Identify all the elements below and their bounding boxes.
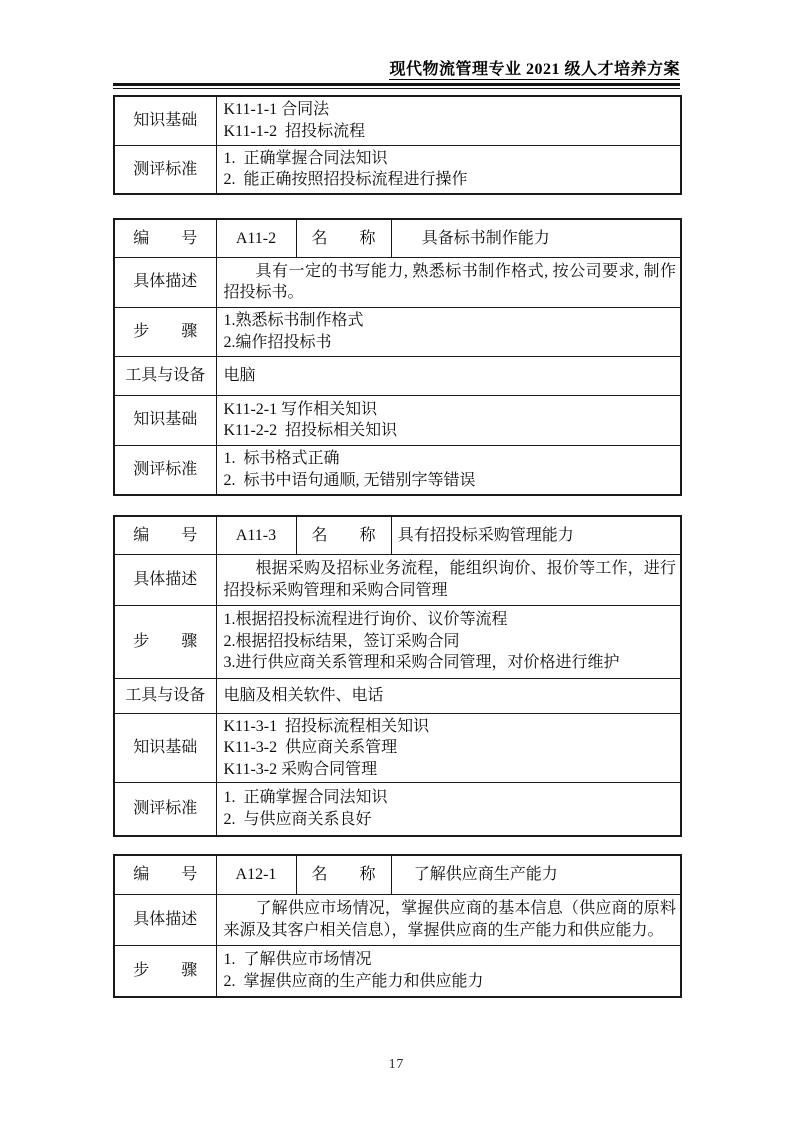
cell-tools: 电脑	[216, 356, 681, 395]
cell-knowledge-items: K11-3-1 招投标流程相关知识 K11-3-2 供应商关系管理 K11-3-…	[216, 713, 681, 783]
label-steps: 步 骤	[114, 307, 216, 356]
cell-steps: 1.熟悉标书制作格式 2.编作招投标书	[216, 307, 681, 356]
page-header-title: 现代物流管理专业 2021 级人才培养方案	[389, 56, 680, 79]
cell-name: 具有招投标采购管理能力	[391, 516, 681, 554]
label-description: 具体描述	[114, 894, 216, 945]
table-row: 知识基础 K11-2-1 写作相关知识 K11-2-2 招投标相关知识	[114, 395, 681, 445]
cell-name: 具备标书制作能力	[391, 219, 681, 257]
label-knowledge-base: 知识基础	[114, 395, 216, 445]
label-name: 名 称	[296, 516, 391, 554]
table-row: 测评标准 1. 正确掌握合同法知识 2. 能正确按照招投标流程进行操作	[114, 145, 681, 194]
label-number: 编 号	[114, 516, 216, 554]
label-description: 具体描述	[114, 257, 216, 307]
cell-description: 根据采购及招标业务流程，能组织询价、报价等工作，进行招投标采购管理和采购合同管理	[216, 554, 681, 605]
table-row: 工具与设备 电脑	[114, 356, 681, 395]
table-row: 编 号 A11-3 名 称 具有招投标采购管理能力	[114, 516, 681, 554]
table-a11-1-continued: 知识基础 K11-1-1 合同法 K11-1-2 招投标流程 测评标准 1. 正…	[113, 95, 682, 195]
label-number: 编 号	[114, 219, 216, 257]
table-row: 编 号 A11-2 名 称 具备标书制作能力	[114, 219, 681, 257]
cell-tools: 电脑及相关软件、电话	[216, 678, 681, 713]
table-row: 测评标准 1. 正确掌握合同法知识 2. 与供应商关系良好	[114, 783, 681, 836]
cell-criteria-items: 1. 正确掌握合同法知识 2. 能正确按照招投标流程进行操作	[216, 145, 681, 194]
table-row: 知识基础 K11-1-1 合同法 K11-1-2 招投标流程	[114, 96, 681, 145]
table-row: 编 号 A12-1 名 称 了解供应商生产能力	[114, 855, 681, 894]
table-row: 具体描述 根据采购及招标业务流程，能组织询价、报价等工作，进行招投标采购管理和采…	[114, 554, 681, 605]
table-a11-3: 编 号 A11-3 名 称 具有招投标采购管理能力 具体描述 根据采购及招标业务…	[113, 515, 682, 837]
label-name: 名 称	[296, 219, 391, 257]
table-a11-2: 编 号 A11-2 名 称 具备标书制作能力 具体描述 具有一定的书写能力, 熟…	[113, 218, 682, 496]
label-description: 具体描述	[114, 554, 216, 605]
label-steps: 步 骤	[114, 945, 216, 997]
label-name: 名 称	[296, 855, 391, 894]
cell-name: 了解供应商生产能力	[391, 855, 681, 894]
cell-description: 了解供应市场情况，掌握供应商的基本信息（供应商的原料来源及其客户相关信息），掌握…	[216, 894, 681, 945]
label-evaluation-criteria: 测评标准	[114, 445, 216, 495]
cell-criteria-items: 1. 标书格式正确 2. 标书中语句通顺, 无错别字等错误	[216, 445, 681, 495]
table-row: 具体描述 了解供应市场情况，掌握供应商的基本信息（供应商的原料来源及其客户相关信…	[114, 894, 681, 945]
cell-description: 具有一定的书写能力, 熟悉标书制作格式, 按公司要求, 制作招投标书。	[216, 257, 681, 307]
label-steps: 步 骤	[114, 605, 216, 678]
table-row: 步 骤 1. 了解供应市场情况 2. 掌握供应商的生产能力和供应能力	[114, 945, 681, 997]
header-rule	[113, 83, 680, 89]
table-row: 测评标准 1. 标书格式正确 2. 标书中语句通顺, 无错别字等错误	[114, 445, 681, 495]
cell-knowledge-items: K11-2-1 写作相关知识 K11-2-2 招投标相关知识	[216, 395, 681, 445]
page-number: 17	[0, 1056, 793, 1072]
label-knowledge-base: 知识基础	[114, 713, 216, 783]
cell-knowledge-items: K11-1-1 合同法 K11-1-2 招投标流程	[216, 96, 681, 145]
table-row: 步 骤 1.根据招投标流程进行询价、议价等流程 2.根据招投标结果，签订采购合同…	[114, 605, 681, 678]
table-row: 步 骤 1.熟悉标书制作格式 2.编作招投标书	[114, 307, 681, 356]
label-tools-equipment: 工具与设备	[114, 356, 216, 395]
table-a12-1: 编 号 A12-1 名 称 了解供应商生产能力 具体描述 了解供应市场情况，掌握…	[113, 854, 682, 998]
label-number: 编 号	[114, 855, 216, 894]
table-row: 知识基础 K11-3-1 招投标流程相关知识 K11-3-2 供应商关系管理 K…	[114, 713, 681, 783]
table-row: 工具与设备 电脑及相关软件、电话	[114, 678, 681, 713]
cell-code: A11-2	[216, 219, 296, 257]
label-knowledge-base: 知识基础	[114, 96, 216, 145]
label-evaluation-criteria: 测评标准	[114, 783, 216, 836]
cell-criteria-items: 1. 正确掌握合同法知识 2. 与供应商关系良好	[216, 783, 681, 836]
cell-code: A11-3	[216, 516, 296, 554]
label-evaluation-criteria: 测评标准	[114, 145, 216, 194]
cell-steps: 1. 了解供应市场情况 2. 掌握供应商的生产能力和供应能力	[216, 945, 681, 997]
label-tools-equipment: 工具与设备	[114, 678, 216, 713]
table-row: 具体描述 具有一定的书写能力, 熟悉标书制作格式, 按公司要求, 制作招投标书。	[114, 257, 681, 307]
cell-code: A12-1	[216, 855, 296, 894]
cell-steps: 1.根据招投标流程进行询价、议价等流程 2.根据招投标结果，签订采购合同 3.进…	[216, 605, 681, 678]
document-page: 现代物流管理专业 2021 级人才培养方案 知识基础 K11-1-1 合同法 K…	[0, 0, 793, 1122]
